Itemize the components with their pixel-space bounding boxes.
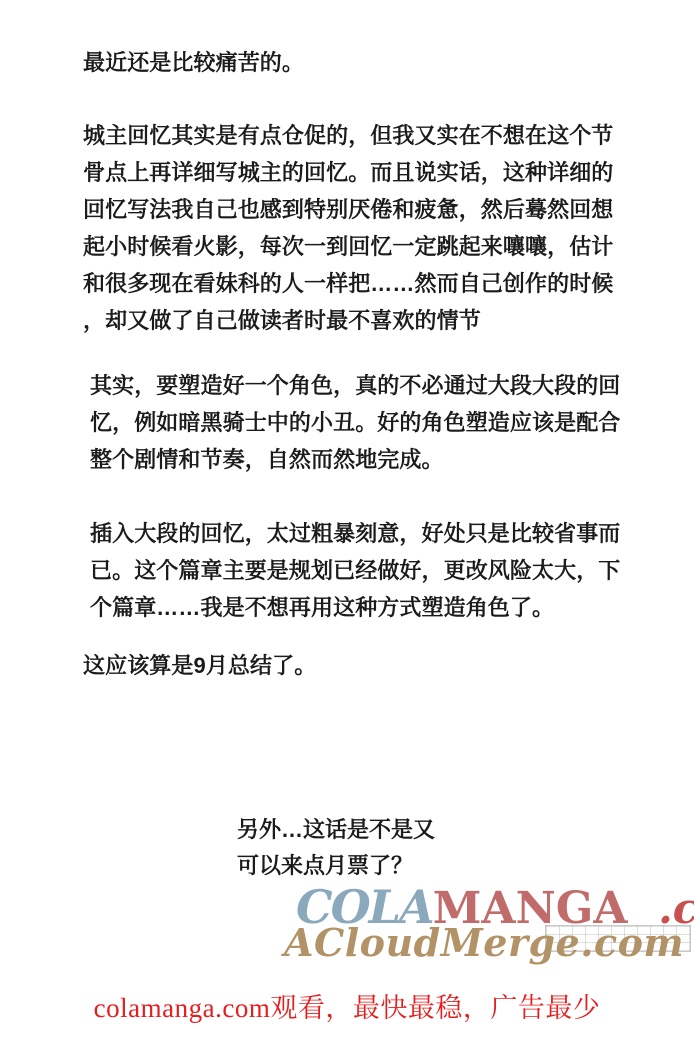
text-line: 整个剧情和节奏，自然而然地完成。 [90,441,635,478]
text-line: 骨点上再详细写城主的回忆。而且说实话，这种详细的 [83,154,628,191]
logo-manga-text: MANGA [433,883,628,934]
callout-note: 另外…这话是不是又 可以来点月票了？ [237,812,435,884]
paragraph: 插入大段的回忆，太过粗暴刻意，好处只是比较省事而 已。这个篇章主要是规划已经做好… [90,515,635,626]
logo-cola-text: COLA [296,880,433,934]
text-line: 和很多现在看妹科的人一样把……然而自己创作的时候 [83,265,628,302]
text-line: 另外…这话是不是又 [237,812,435,848]
author-note: 最近还是比较痛苦的。 城主回忆其实是有点仓促的，但我又实在不想在这个节 骨点上再… [0,44,694,684]
text-line: 插入大段的回忆，太过粗暴刻意，好处只是比较省事而 [90,515,635,552]
text-line: 回忆写法我自己也感到特别厌倦和疲惫，然后蓦然回想 [83,191,628,228]
text-line: 忆，例如暗黑骑士中的小丑。好的角色塑造应该是配合 [90,404,635,441]
paragraph: 城主回忆其实是有点仓促的，但我又实在不想在这个节 骨点上再详细写城主的回忆。而且… [83,117,628,339]
text-line: 其实，要塑造好一个角色，真的不必通过大段大段的回 [90,367,635,404]
text-line: 个篇章……我是不想再用这种方式塑造角色了。 [90,589,635,626]
text-line: 可以来点月票了？ [237,848,435,884]
text-line: 最近还是比较痛苦的。 [83,44,628,81]
footer-site-notice: colamanga.com观看，最快最稳，广告最少 [0,991,694,1025]
colamanga-watermark: COLAMANGA .com [296,884,694,931]
text-line: ，却又做了自己做读者时最不喜欢的情节 [83,302,628,339]
logo-domain-text: .com [644,884,694,933]
paragraph: 其实，要塑造好一个角色，真的不必通过大段大段的回 忆，例如暗黑骑士中的小丑。好的… [90,367,635,478]
text-line: 已。这个篇章主要是规划已经做好，更改风险太大，下 [90,552,635,589]
paragraph: 这应该算是9月总结了。 [83,647,628,684]
text-line: 城主回忆其实是有点仓促的，但我又实在不想在这个节 [83,117,628,154]
manga-page[interactable]: 最近还是比较痛苦的。 城主回忆其实是有点仓促的，但我又实在不想在这个节 骨点上再… [0,0,694,1048]
text-line: 起小时候看火影，每次一到回忆一定跳起来嚷嚷，估计 [83,228,628,265]
text-line: 这应该算是9月总结了。 [83,647,628,684]
paragraph: 最近还是比较痛苦的。 [83,44,628,81]
